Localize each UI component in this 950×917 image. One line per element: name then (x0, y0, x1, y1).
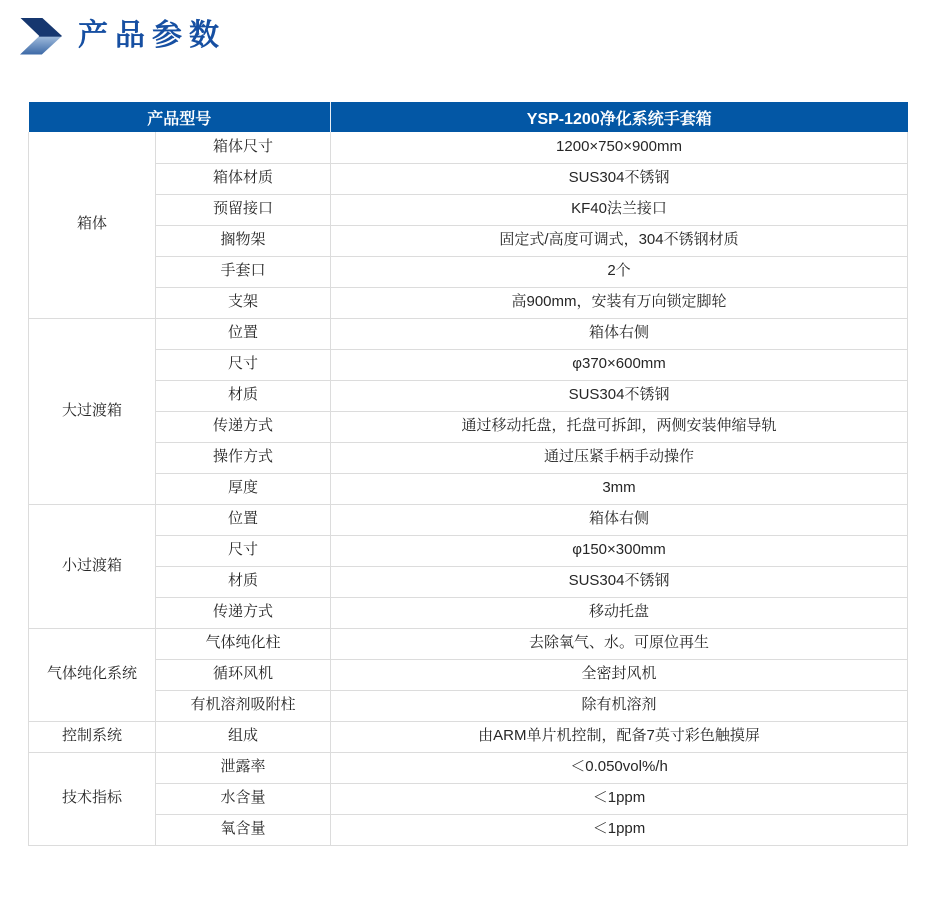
param-value-cell: 箱体右侧 (331, 318, 908, 349)
table-row: 箱体箱体尺寸1200×750×900mm (29, 132, 908, 163)
table-row: 氧含量＜1ppm (29, 814, 908, 845)
group-name-cell: 箱体 (29, 132, 156, 318)
table-row: 水含量＜1ppm (29, 783, 908, 814)
param-value-cell: KF40法兰接口 (331, 194, 908, 225)
param-name-cell: 循环风机 (156, 659, 331, 690)
table-row: 材质SUS304不锈钢 (29, 380, 908, 411)
param-name-cell: 位置 (156, 318, 331, 349)
page-title: 产品参数 (78, 21, 226, 51)
param-value-cell: 除有机溶剂 (331, 690, 908, 721)
table-row: 小过渡箱位置箱体右侧 (29, 504, 908, 535)
param-name-cell: 位置 (156, 504, 331, 535)
param-value-cell: 移动托盘 (331, 597, 908, 628)
table-row: 有机溶剂吸附柱除有机溶剂 (29, 690, 908, 721)
param-value-cell: ＜1ppm (331, 814, 908, 845)
product-model-header-label: 产品型号 (29, 102, 331, 132)
param-name-cell: 箱体尺寸 (156, 132, 331, 163)
table-row: 搁物架固定式/高度可调式，304不锈钢材质 (29, 225, 908, 256)
param-name-cell: 材质 (156, 566, 331, 597)
table-row: 气体纯化系统气体纯化柱去除氧气、水。可原位再生 (29, 628, 908, 659)
chevron-right-icon (20, 18, 62, 55)
table-row: 大过渡箱位置箱体右侧 (29, 318, 908, 349)
table-row: 尺寸φ150×300mm (29, 535, 908, 566)
param-value-cell: SUS304不锈钢 (331, 566, 908, 597)
param-name-cell: 水含量 (156, 783, 331, 814)
table-row: 手套口2个 (29, 256, 908, 287)
param-value-cell: 通过移动托盘，托盘可拆卸，两侧安装伸缩导轨 (331, 411, 908, 442)
param-value-cell: φ370×600mm (331, 349, 908, 380)
param-value-cell: ＜1ppm (331, 783, 908, 814)
param-name-cell: 材质 (156, 380, 331, 411)
param-name-cell: 预留接口 (156, 194, 331, 225)
param-value-cell: 通过压紧手柄手动操作 (331, 442, 908, 473)
spec-table: 产品型号 YSP-1200净化系统手套箱 箱体箱体尺寸1200×750×900m… (28, 102, 908, 846)
table-row: 技术指标泄露率＜0.050vol%/h (29, 752, 908, 783)
param-value-cell: 3mm (331, 473, 908, 504)
product-parameters-page: 产品参数 产品型号 YSP-1200净化系统手套箱 箱体箱体尺寸1200×750… (0, 0, 950, 917)
param-name-cell: 有机溶剂吸附柱 (156, 690, 331, 721)
param-name-cell: 传递方式 (156, 411, 331, 442)
param-name-cell: 手套口 (156, 256, 331, 287)
table-row: 控制系统组成由ARM单片机控制，配备7英寸彩色触摸屏 (29, 721, 908, 752)
group-name-cell: 技术指标 (29, 752, 156, 845)
table-row: 循环风机全密封风机 (29, 659, 908, 690)
param-name-cell: 搁物架 (156, 225, 331, 256)
table-row: 预留接口KF40法兰接口 (29, 194, 908, 225)
param-value-cell: ＜0.050vol%/h (331, 752, 908, 783)
param-value-cell: SUS304不锈钢 (331, 163, 908, 194)
table-row: 操作方式通过压紧手柄手动操作 (29, 442, 908, 473)
param-value-cell: 全密封风机 (331, 659, 908, 690)
param-value-cell: 去除氧气、水。可原位再生 (331, 628, 908, 659)
param-value-cell: 由ARM单片机控制，配备7英寸彩色触摸屏 (331, 721, 908, 752)
param-name-cell: 泄露率 (156, 752, 331, 783)
group-name-cell: 小过渡箱 (29, 504, 156, 628)
param-name-cell: 气体纯化柱 (156, 628, 331, 659)
param-value-cell: 箱体右侧 (331, 504, 908, 535)
param-value-cell: 高900mm，安装有万向锁定脚轮 (331, 287, 908, 318)
table-row: 传递方式移动托盘 (29, 597, 908, 628)
spec-table-header-row: 产品型号 YSP-1200净化系统手套箱 (29, 102, 908, 132)
param-name-cell: 组成 (156, 721, 331, 752)
param-value-cell: φ150×300mm (331, 535, 908, 566)
param-name-cell: 尺寸 (156, 535, 331, 566)
table-row: 箱体材质SUS304不锈钢 (29, 163, 908, 194)
param-value-cell: SUS304不锈钢 (331, 380, 908, 411)
param-value-cell: 固定式/高度可调式，304不锈钢材质 (331, 225, 908, 256)
group-name-cell: 控制系统 (29, 721, 156, 752)
param-value-cell: 2个 (331, 256, 908, 287)
table-row: 支架高900mm，安装有万向锁定脚轮 (29, 287, 908, 318)
param-name-cell: 支架 (156, 287, 331, 318)
param-name-cell: 箱体材质 (156, 163, 331, 194)
section-title-row: 产品参数 (20, 16, 950, 56)
product-model-header-value: YSP-1200净化系统手套箱 (331, 102, 908, 132)
table-row: 材质SUS304不锈钢 (29, 566, 908, 597)
param-name-cell: 操作方式 (156, 442, 331, 473)
spec-table-body: 箱体箱体尺寸1200×750×900mm箱体材质SUS304不锈钢预留接口KF4… (29, 132, 908, 845)
table-row: 厚度3mm (29, 473, 908, 504)
group-name-cell: 大过渡箱 (29, 318, 156, 504)
param-value-cell: 1200×750×900mm (331, 132, 908, 163)
param-name-cell: 尺寸 (156, 349, 331, 380)
table-row: 传递方式通过移动托盘，托盘可拆卸，两侧安装伸缩导轨 (29, 411, 908, 442)
param-name-cell: 传递方式 (156, 597, 331, 628)
group-name-cell: 气体纯化系统 (29, 628, 156, 721)
table-row: 尺寸φ370×600mm (29, 349, 908, 380)
param-name-cell: 氧含量 (156, 814, 331, 845)
param-name-cell: 厚度 (156, 473, 331, 504)
